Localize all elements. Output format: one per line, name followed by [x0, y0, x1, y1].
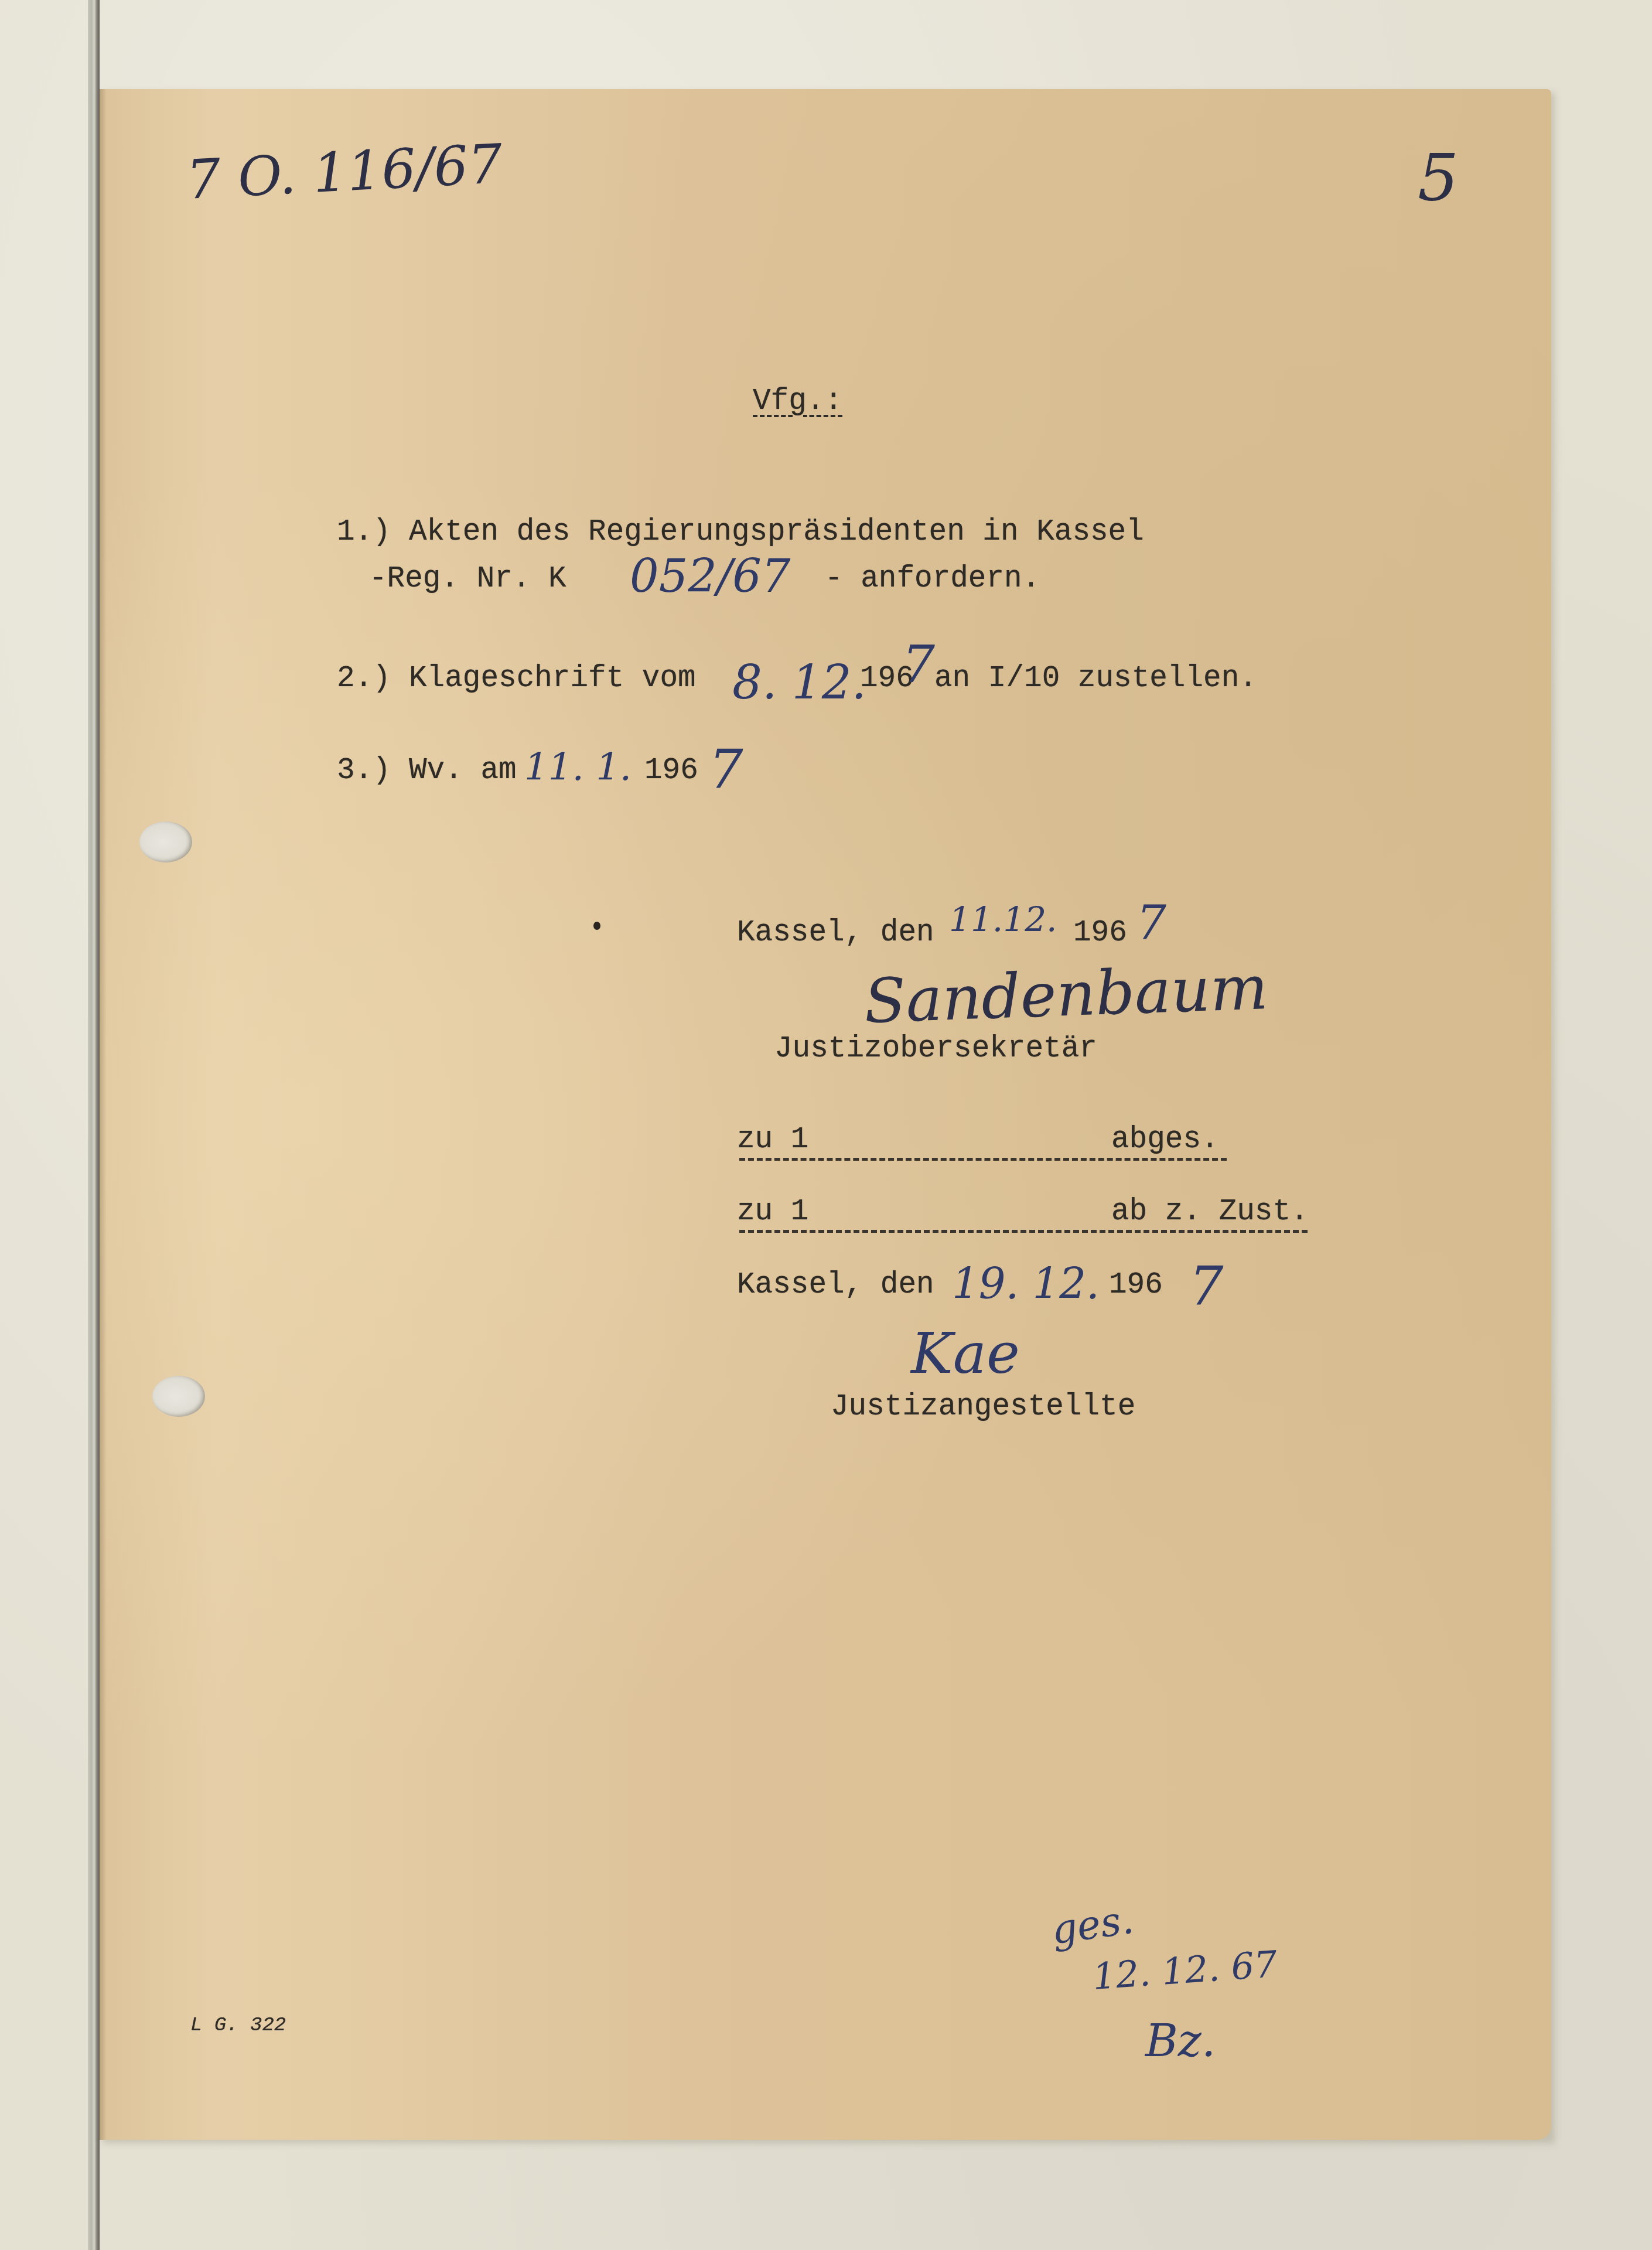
signoff-1-title: Justizobersekretär — [774, 1034, 1097, 1064]
item-1-line2-suffix: - anfordern. — [825, 564, 1040, 594]
item-2-number: 2.) — [337, 664, 391, 694]
punch-hole-top — [139, 821, 192, 862]
binder-edge — [88, 0, 100, 2250]
dispatch-2-right: ab z. Zust. — [1111, 1197, 1309, 1227]
item-2-year-digit-handwritten: 7 — [902, 639, 935, 690]
signature-justizangestellte: Kae — [911, 1325, 1020, 1382]
heading-vfg: Vfg.: — [753, 387, 842, 417]
item-1-number: 1.) — [337, 517, 391, 547]
page-number-handwritten: 5 — [1418, 145, 1459, 210]
item-3-prefix: Wv. am — [409, 756, 517, 786]
dispatch-1-right: abges. — [1111, 1125, 1219, 1155]
ink-dot — [593, 922, 600, 930]
item-2-prefix: Klageschrift vom — [409, 664, 696, 694]
signature-justizobersekretaer: Sandenbaum — [863, 957, 1269, 1032]
item-1-line1: Akten des Regierungspräsidenten in Kasse… — [409, 517, 1144, 547]
signoff-2-title: Justizangestellte — [831, 1392, 1135, 1422]
signoff-1-place: Kassel, den — [737, 918, 934, 948]
item-3-year-digit-handwritten: 7 — [709, 743, 743, 797]
dispatch-1-rule — [739, 1158, 1227, 1161]
punch-hole-bottom — [152, 1376, 205, 1417]
signoff-1-date-handwritten: 11.12. — [949, 902, 1057, 936]
footer-form-code: L G. 322 — [190, 2016, 286, 2036]
page-left-edge — [100, 89, 107, 2140]
signoff-1-year-typed: 196 — [1073, 918, 1127, 948]
signoff-2-date-handwritten: 19. 12. — [952, 1263, 1100, 1305]
item-1-line2-prefix: -Reg. Nr. K — [369, 564, 566, 594]
file-reference-handwritten: 7 O. 116/67 — [185, 137, 504, 207]
seen-note-label: ges. — [1049, 1900, 1136, 1951]
item-2-suffix: an I/10 zustellen. — [934, 664, 1257, 694]
dispatch-2-rule — [739, 1230, 1308, 1233]
seen-note-initials: Bz. — [1145, 2019, 1216, 2063]
dispatch-1-left: zu 1 — [737, 1125, 808, 1155]
signoff-2-year-typed: 196 — [1109, 1270, 1163, 1300]
signoff-1-year-digit-handwritten: 7 — [1136, 899, 1166, 946]
item-3-number: 3.) — [337, 756, 391, 786]
signoff-2-place: Kassel, den — [737, 1270, 934, 1300]
item-2-date-handwritten: 8. 12. — [732, 659, 866, 706]
item-3-date-handwritten: 11. 1. — [524, 749, 632, 786]
item-1-reg-number-handwritten: 052/67 — [630, 554, 790, 599]
dispatch-2-left: zu 1 — [737, 1197, 808, 1227]
signoff-2-year-digit-handwritten: 7 — [1189, 1260, 1224, 1314]
item-3-year-typed: 196 — [644, 756, 698, 786]
